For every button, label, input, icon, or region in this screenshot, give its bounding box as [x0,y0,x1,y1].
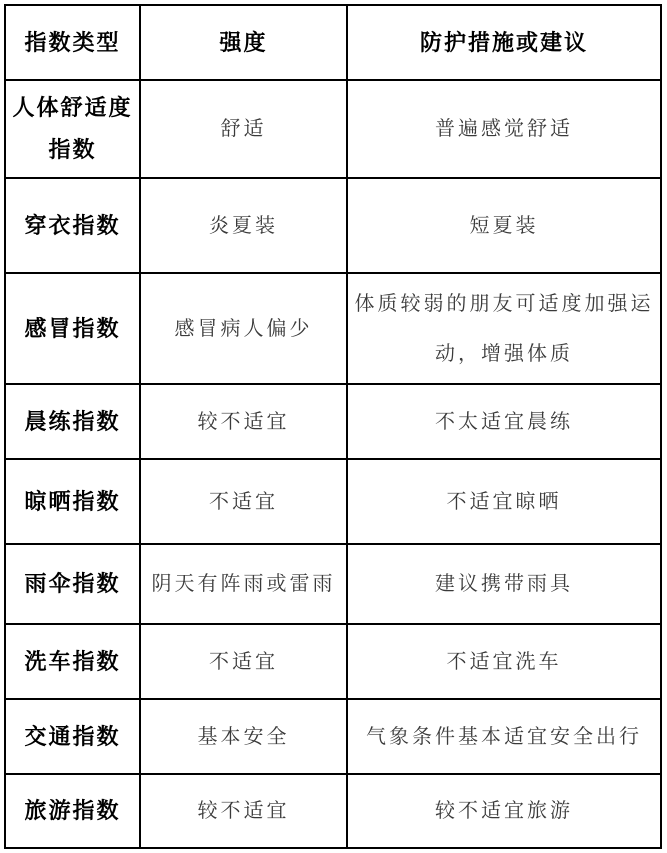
cell-strength: 较不适宜 [140,774,347,848]
table-row-dressing-index: 穿衣指数 炎夏装 短夏装 [5,178,661,273]
cell-advice: 不适宜晾晒 [347,459,661,544]
table-row-cold-index: 感冒指数 感冒病人偏少 体质较弱的朋友可适度加强运动，增强体质 [5,273,661,384]
table-header-row: 指数类型 强度 防护措施或建议 [5,5,661,80]
weather-index-table: 指数类型 强度 防护措施或建议 人体舒适度指数 舒适 普遍感觉舒适 穿衣指数 炎… [4,4,662,849]
table-row-umbrella-index: 雨伞指数 阴天有阵雨或雷雨 建议携带雨具 [5,544,661,624]
table-row-car-wash-index: 洗车指数 不适宜 不适宜洗车 [5,624,661,699]
cell-strength: 不适宜 [140,459,347,544]
cell-advice: 不适宜洗车 [347,624,661,699]
cell-advice: 普遍感觉舒适 [347,80,661,178]
cell-index-type: 洗车指数 [5,624,140,699]
cell-advice: 不太适宜晨练 [347,384,661,459]
cell-advice: 较不适宜旅游 [347,774,661,848]
cell-strength: 不适宜 [140,624,347,699]
document-page: 指数类型 强度 防护措施或建议 人体舒适度指数 舒适 普遍感觉舒适 穿衣指数 炎… [0,0,667,853]
cell-advice: 短夏装 [347,178,661,273]
table-row-travel-index: 旅游指数 较不适宜 较不适宜旅游 [5,774,661,848]
cell-advice: 建议携带雨具 [347,544,661,624]
header-advice: 防护措施或建议 [347,5,661,80]
cell-strength: 舒适 [140,80,347,178]
cell-strength: 较不适宜 [140,384,347,459]
cell-index-type: 晾晒指数 [5,459,140,544]
cell-strength: 炎夏装 [140,178,347,273]
cell-index-type: 交通指数 [5,699,140,774]
table-row-morning-exercise-index: 晨练指数 较不适宜 不太适宜晨练 [5,384,661,459]
cell-advice: 体质较弱的朋友可适度加强运动，增强体质 [347,273,661,384]
cell-index-type: 晨练指数 [5,384,140,459]
cell-advice: 气象条件基本适宜安全出行 [347,699,661,774]
cell-strength: 感冒病人偏少 [140,273,347,384]
header-index-type: 指数类型 [5,5,140,80]
cell-strength: 阴天有阵雨或雷雨 [140,544,347,624]
cell-index-type: 旅游指数 [5,774,140,848]
header-strength: 强度 [140,5,347,80]
table-row-drying-index: 晾晒指数 不适宜 不适宜晾晒 [5,459,661,544]
table-row-comfort-index: 人体舒适度指数 舒适 普遍感觉舒适 [5,80,661,178]
cell-strength: 基本安全 [140,699,347,774]
cell-index-type: 感冒指数 [5,273,140,384]
cell-index-type: 人体舒适度指数 [5,80,140,178]
cell-index-type: 穿衣指数 [5,178,140,273]
cell-index-type: 雨伞指数 [5,544,140,624]
table-row-traffic-index: 交通指数 基本安全 气象条件基本适宜安全出行 [5,699,661,774]
